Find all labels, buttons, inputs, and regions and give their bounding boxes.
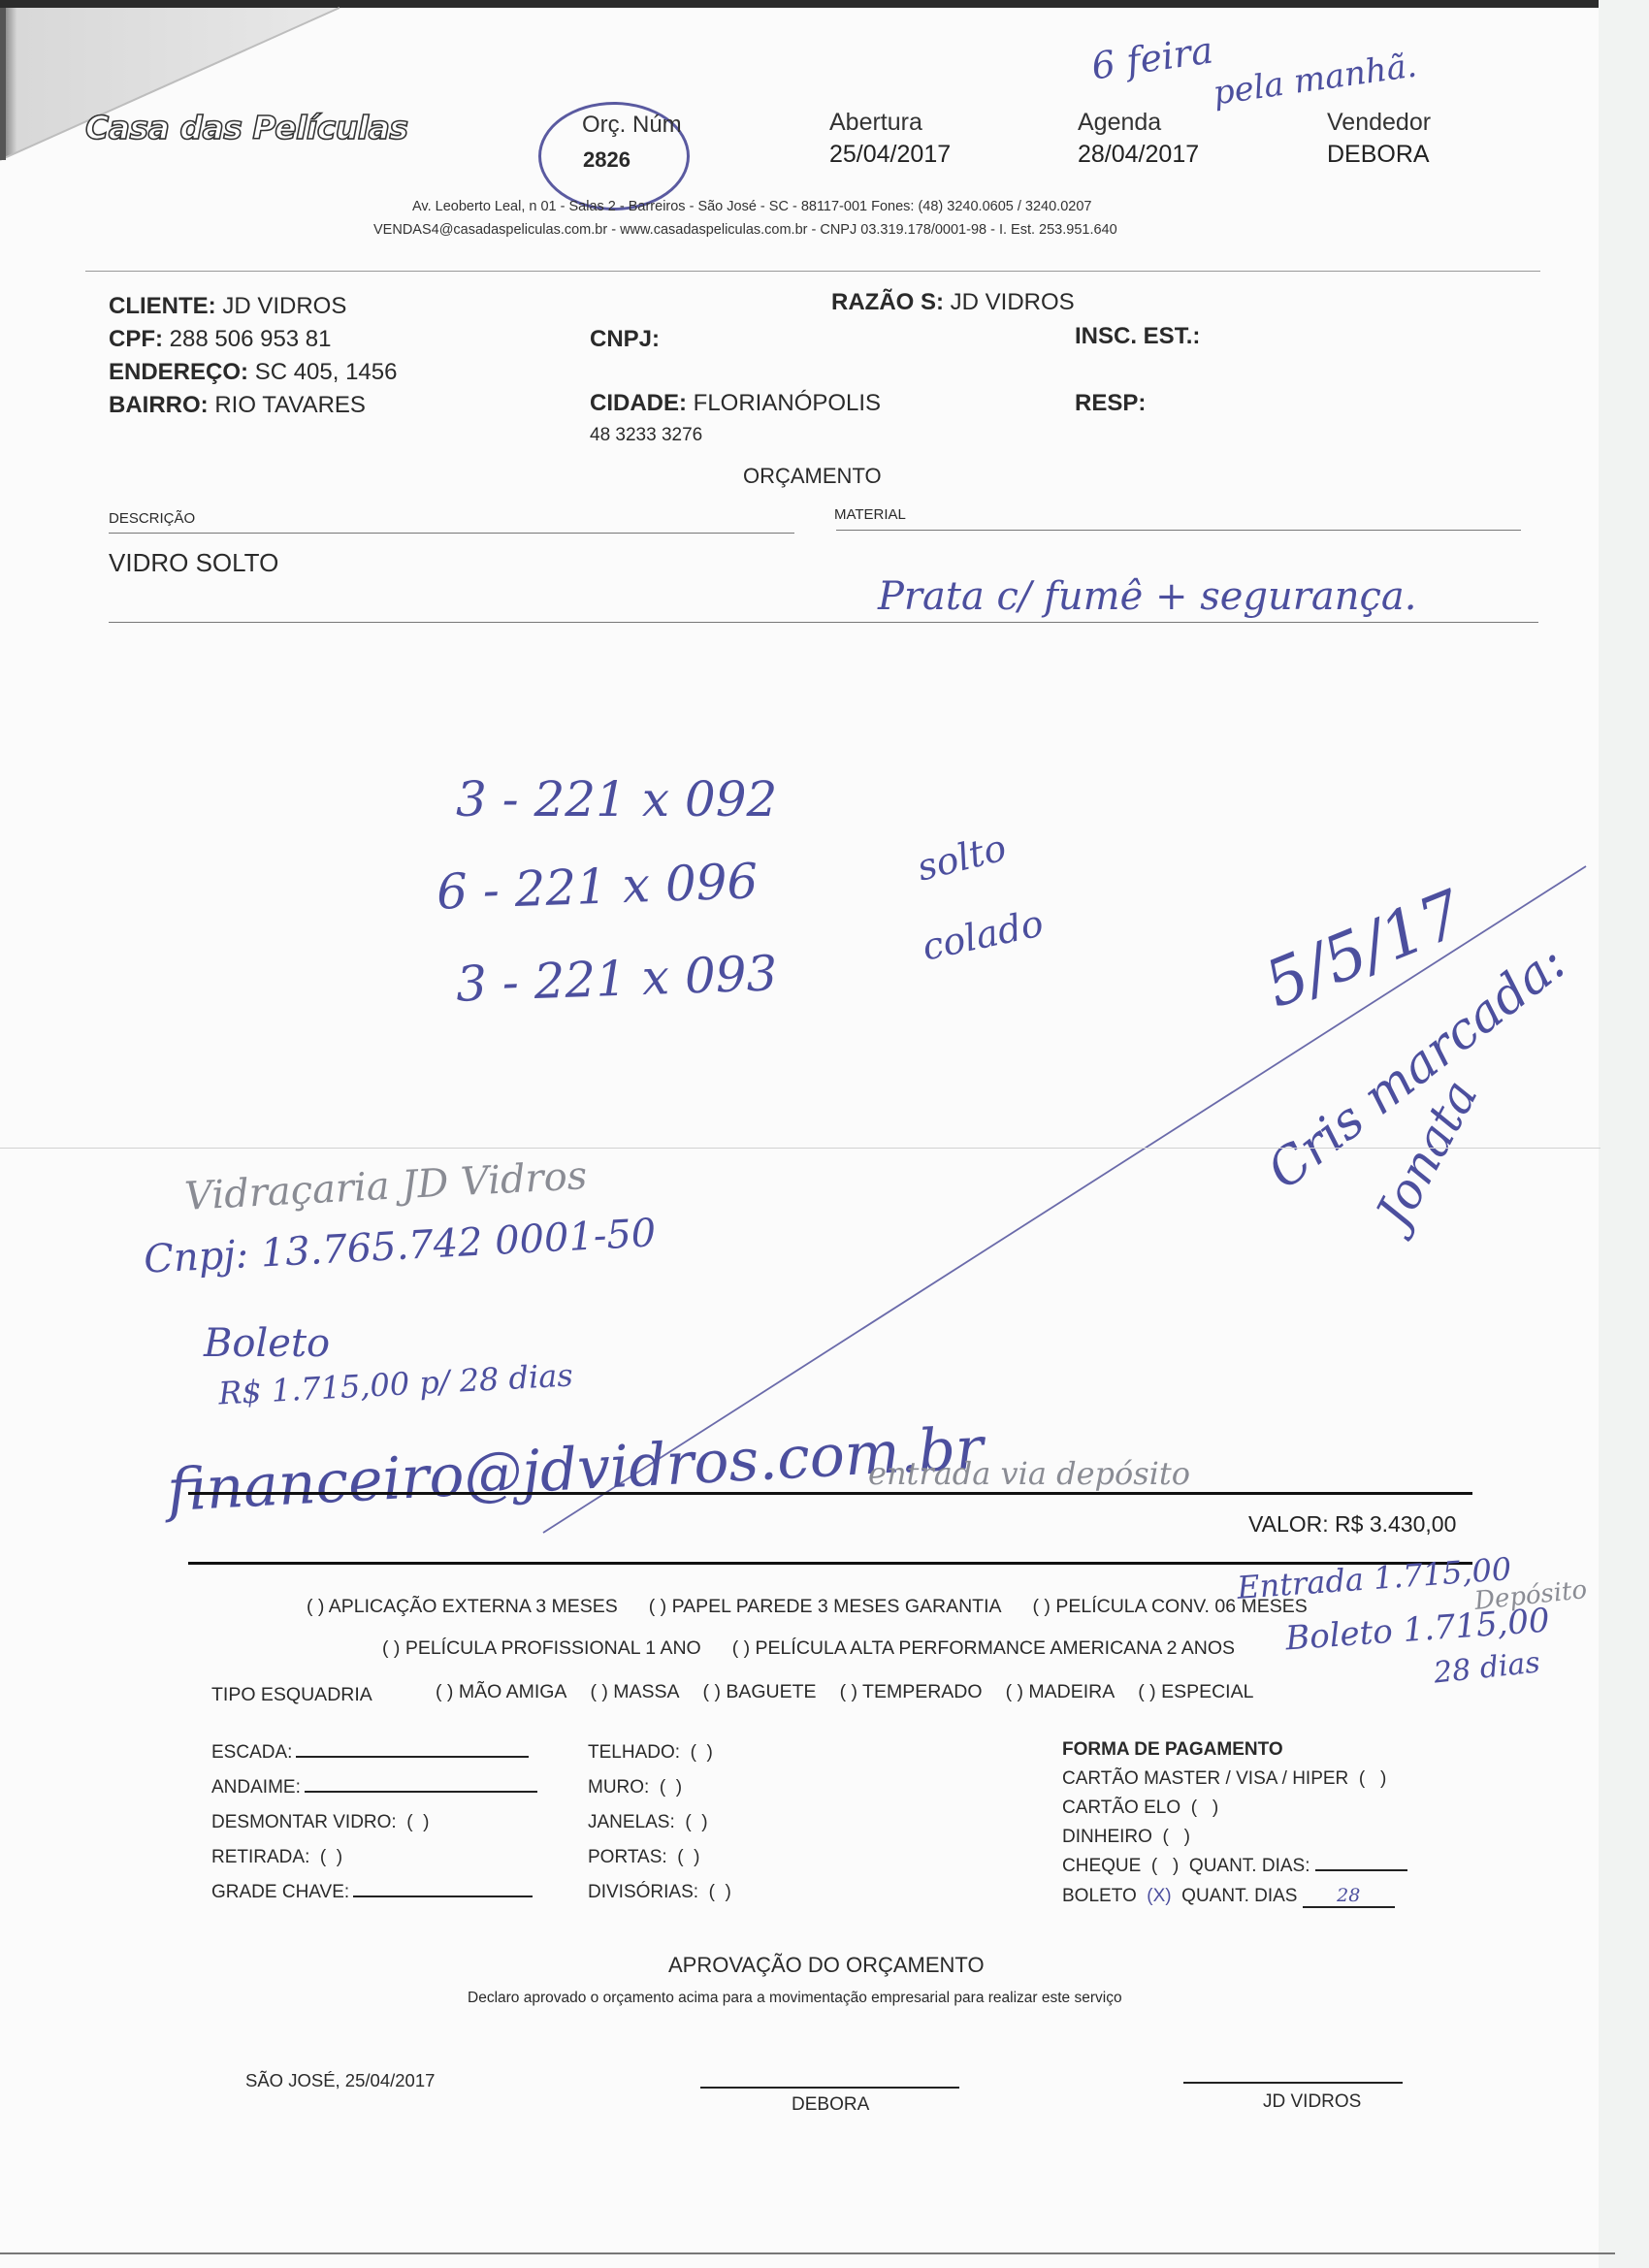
- service-item[interactable]: PORTAS: ( ): [588, 1847, 699, 1868]
- service-item[interactable]: MURO: ( ): [588, 1777, 682, 1798]
- checkbox[interactable]: ( ): [309, 1847, 342, 1867]
- place-date: SÃO JOSÉ, 25/04/2017: [245, 2070, 435, 2091]
- option-checkbox[interactable]: ( ) PELÍCULA ALTA PERFORMANCE AMERICANA …: [732, 1637, 1235, 1659]
- paper-fold: [0, 1148, 1600, 1149]
- option-label: MÃO AMIGA: [459, 1681, 567, 1702]
- service-blank-field[interactable]: [296, 1756, 529, 1758]
- checkbox[interactable]: ( ): [703, 1681, 727, 1702]
- checkbox[interactable]: ( ): [680, 1742, 713, 1763]
- option-checkbox[interactable]: ( ) BAGUETE: [703, 1681, 817, 1702]
- days-field[interactable]: [1315, 1869, 1407, 1871]
- option-checkbox[interactable]: ( ) TEMPERADO: [840, 1681, 983, 1702]
- checkbox[interactable]: ( ): [307, 1596, 329, 1617]
- handwritten-deposit-note: entrada via depósito: [868, 1455, 1190, 1492]
- service-label: ANDAIME:: [211, 1777, 301, 1798]
- esquadria-label: TIPO ESQUADRIA: [211, 1684, 372, 1706]
- handwritten-boleto: Boleto: [204, 1321, 330, 1366]
- service-label: DESMONTAR VIDRO:: [211, 1812, 397, 1832]
- option-checkbox[interactable]: ( ) PAPEL PAREDE 3 MESES GARANTIA: [649, 1596, 1002, 1617]
- valor-field: VALOR: R$ 3.430,00: [1248, 1511, 1456, 1538]
- checkbox[interactable]: ( ): [649, 1596, 672, 1617]
- checkbox[interactable]: ( ): [698, 1882, 731, 1902]
- option-label: BAGUETE: [726, 1681, 816, 1702]
- service-blank-field[interactable]: [353, 1895, 533, 1897]
- payment-label: CARTÃO ELO: [1062, 1798, 1180, 1818]
- payment-label: CHEQUE: [1062, 1856, 1141, 1876]
- esquadria-options: ( ) MÃO AMIGA( ) MASSA( ) BAGUETE( ) TEM…: [436, 1681, 1277, 1703]
- checkbox[interactable]: ( ): [1348, 1768, 1386, 1789]
- checkbox[interactable]: ( ): [436, 1681, 459, 1702]
- option-checkbox[interactable]: ( ) APLICAÇÃO EXTERNA 3 MESES: [307, 1596, 618, 1617]
- option-checkbox[interactable]: ( ) MÃO AMIGA: [436, 1681, 566, 1702]
- checkbox[interactable]: ( ): [649, 1777, 682, 1798]
- checkbox[interactable]: ( ): [1138, 1681, 1161, 1702]
- checkbox[interactable]: ( ): [1141, 1856, 1179, 1876]
- option-label: APLICAÇÃO EXTERNA 3 MESES: [329, 1596, 618, 1617]
- paper-bottom-edge: [0, 2252, 1615, 2254]
- option-checkbox[interactable]: ( ) PELÍCULA PROFISSIONAL 1 ANO: [382, 1637, 701, 1659]
- signer-2: JD VIDROS: [1263, 2091, 1361, 2113]
- checkbox[interactable]: ( ): [732, 1637, 756, 1659]
- valor-bottom-line: [188, 1562, 1472, 1565]
- service-blank-field[interactable]: [305, 1791, 537, 1793]
- service-label: PORTAS:: [588, 1847, 667, 1867]
- payment-option[interactable]: DINHEIRO ( ): [1062, 1827, 1190, 1848]
- option-checkbox[interactable]: ( ) PELÍCULA CONV. 06 MESES: [1033, 1596, 1308, 1617]
- checkbox[interactable]: ( ): [667, 1847, 700, 1867]
- diagonal-strike-line: [0, 0, 1649, 2268]
- payment-option[interactable]: BOLETO (X) QUANT. DIAS 28: [1062, 1885, 1395, 1908]
- options-row-2: ( ) PELÍCULA PROFISSIONAL 1 ANO( ) PELÍC…: [382, 1637, 1266, 1660]
- option-checkbox[interactable]: ( ) MADEIRA: [1006, 1681, 1115, 1702]
- option-label: PELÍCULA CONV. 06 MESES: [1055, 1596, 1307, 1617]
- service-label: TELHADO:: [588, 1742, 680, 1763]
- days-label: QUANT. DIAS:: [1179, 1856, 1314, 1876]
- service-item[interactable]: DIVISÓRIAS: ( ): [588, 1882, 731, 1903]
- approval-declaration: Declaro aprovado o orçamento acima para …: [468, 1990, 1122, 2007]
- option-label: ESPECIAL: [1161, 1681, 1253, 1702]
- checkbox[interactable]: ( ): [840, 1681, 862, 1702]
- checkbox[interactable]: ( ): [382, 1637, 405, 1659]
- signer-1: DEBORA: [792, 2094, 869, 2116]
- payment-option[interactable]: CARTÃO ELO ( ): [1062, 1798, 1218, 1819]
- service-item[interactable]: RETIRADA: ( ): [211, 1847, 342, 1868]
- approval-title: APROVAÇÃO DO ORÇAMENTO: [668, 1953, 985, 1978]
- signature-line-1: [700, 2087, 959, 2089]
- service-label: DIVISÓRIAS:: [588, 1882, 698, 1902]
- payment-label: CARTÃO MASTER / VISA / HIPER: [1062, 1768, 1348, 1789]
- service-item[interactable]: ESCADA:: [211, 1742, 529, 1764]
- service-label: GRADE CHAVE:: [211, 1882, 349, 1902]
- checkbox[interactable]: ( ): [397, 1812, 430, 1832]
- option-checkbox[interactable]: ( ) MASSA: [590, 1681, 679, 1702]
- service-label: JANELAS:: [588, 1812, 675, 1832]
- checkbox[interactable]: ( ): [1180, 1798, 1218, 1818]
- checkbox[interactable]: ( ): [1006, 1681, 1029, 1702]
- option-label: TEMPERADO: [862, 1681, 983, 1702]
- option-checkbox[interactable]: ( ) ESPECIAL: [1138, 1681, 1253, 1702]
- service-item[interactable]: TELHADO: ( ): [588, 1742, 713, 1764]
- days-field[interactable]: 28: [1303, 1885, 1395, 1908]
- service-item[interactable]: GRADE CHAVE:: [211, 1882, 533, 1903]
- payment-label: DINHEIRO: [1062, 1827, 1152, 1847]
- signature-line-2: [1183, 2082, 1403, 2084]
- option-label: MADEIRA: [1028, 1681, 1115, 1702]
- options-row-1: ( ) APLICAÇÃO EXTERNA 3 MESES( ) PAPEL P…: [307, 1596, 1339, 1618]
- checkbox[interactable]: ( ): [675, 1812, 708, 1832]
- option-label: PELÍCULA PROFISSIONAL 1 ANO: [405, 1637, 701, 1659]
- option-label: PAPEL PAREDE 3 MESES GARANTIA: [672, 1596, 1002, 1617]
- service-label: MURO:: [588, 1777, 649, 1798]
- option-label: MASSA: [613, 1681, 679, 1702]
- checkbox[interactable]: ( ): [1033, 1596, 1056, 1617]
- valor-amount: R$ 3.430,00: [1335, 1511, 1456, 1537]
- option-label: PELÍCULA ALTA PERFORMANCE AMERICANA 2 AN…: [756, 1637, 1236, 1659]
- payment-option[interactable]: CHEQUE ( ) QUANT. DIAS:: [1062, 1856, 1407, 1877]
- payment-option[interactable]: CARTÃO MASTER / VISA / HIPER ( ): [1062, 1768, 1386, 1790]
- checkbox[interactable]: ( ): [1152, 1827, 1190, 1847]
- payment-title: FORMA DE PAGAMENTO: [1062, 1739, 1283, 1761]
- service-label: ESCADA:: [211, 1742, 292, 1763]
- checkbox[interactable]: (X): [1137, 1886, 1172, 1906]
- service-label: RETIRADA:: [211, 1847, 309, 1867]
- service-item[interactable]: ANDAIME:: [211, 1777, 537, 1798]
- service-item[interactable]: JANELAS: ( ): [588, 1812, 708, 1833]
- payment-label: BOLETO: [1062, 1886, 1137, 1906]
- valor-top-line: [188, 1492, 1472, 1495]
- days-label: QUANT. DIAS: [1172, 1886, 1303, 1906]
- service-item[interactable]: DESMONTAR VIDRO: ( ): [211, 1812, 430, 1833]
- checkbox[interactable]: ( ): [590, 1681, 613, 1702]
